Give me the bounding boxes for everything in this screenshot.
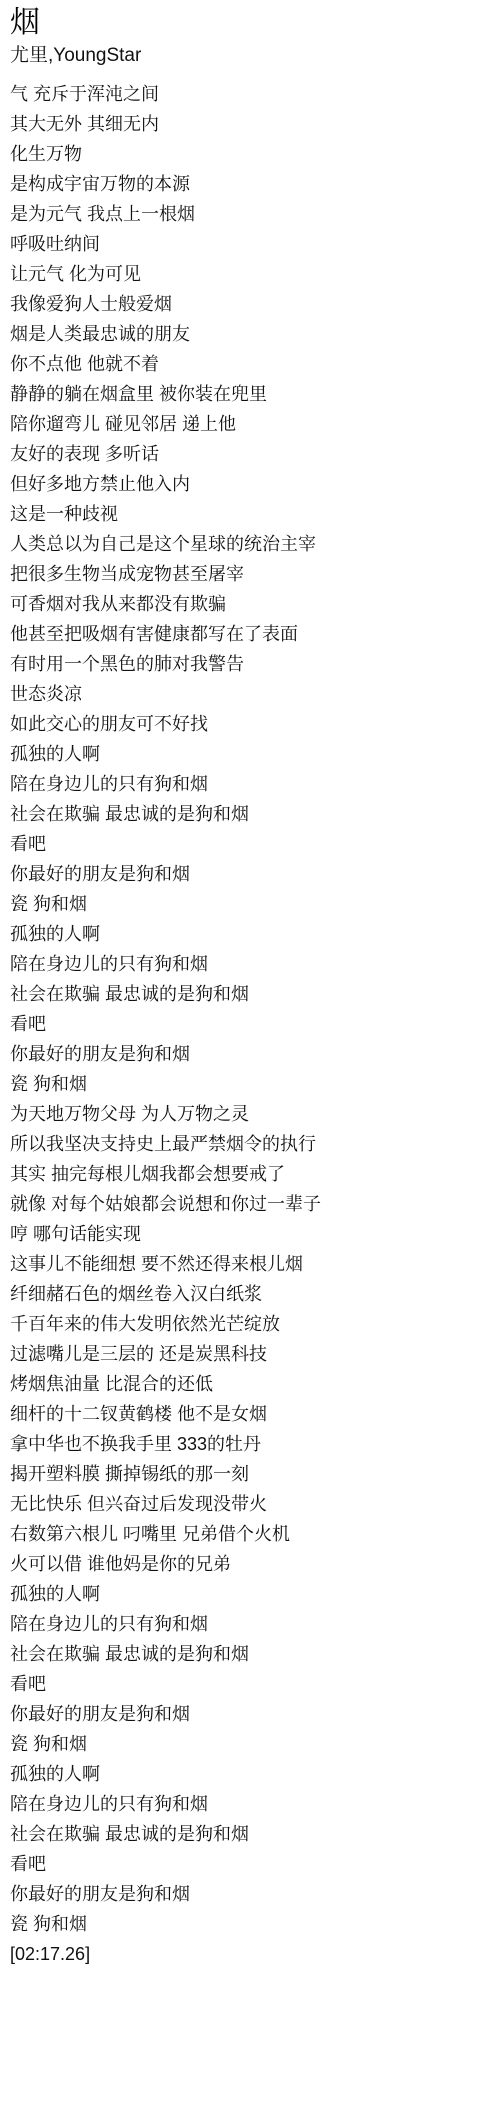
lyric-line: 烤烟焦油量 比混合的还低 [10,1369,490,1399]
lyric-line: 烟是人类最忠诚的朋友 [10,319,490,349]
lyric-line: 陪在身边儿的只有狗和烟 [10,769,490,799]
lyric-line: 揭开塑料膜 撕掉锡纸的那一刻 [10,1459,490,1489]
lyrics-list: 气 充斥于浑沌之间其大无外 其细无内化生万物是构成宇宙万物的本源是为元气 我点上… [10,79,490,1969]
lyric-line: 社会在欺骗 最忠诚的是狗和烟 [10,799,490,829]
lyric-line: 瓷 狗和烟 [10,1069,490,1099]
lyric-line: 孤独的人啊 [10,739,490,769]
lyric-line: 所以我坚决支持史上最严禁烟令的执行 [10,1129,490,1159]
lyric-line: 是构成宇宙万物的本源 [10,169,490,199]
lyric-line: 社会在欺骗 最忠诚的是狗和烟 [10,979,490,1009]
song-title: 烟 [10,4,490,42]
lyric-line: 看吧 [10,1669,490,1699]
lyrics-page: 烟 尤里,YoungStar 气 充斥于浑沌之间其大无外 其细无内化生万物是构成… [0,0,500,1969]
lyric-line: 社会在欺骗 最忠诚的是狗和烟 [10,1639,490,1669]
lyric-line: 右数第六根儿 叼嘴里 兄弟借个火机 [10,1519,490,1549]
lyric-line: 但好多地方禁止他入内 [10,469,490,499]
lyric-line: 人类总以为自己是这个星球的统治主宰 [10,529,490,559]
lyric-line: 气 充斥于浑沌之间 [10,79,490,109]
lyric-line: 是为元气 我点上一根烟 [10,199,490,229]
lyric-line: 你最好的朋友是狗和烟 [10,1879,490,1909]
lyric-line: 静静的躺在烟盒里 被你装在兜里 [10,379,490,409]
lyric-line: 千百年来的伟大发明依然光芒绽放 [10,1309,490,1339]
lyric-line: 无比快乐 但兴奋过后发现没带火 [10,1489,490,1519]
lyric-line: 瓷 狗和烟 [10,889,490,919]
lyric-line: 过滤嘴儿是三层的 还是炭黑科技 [10,1339,490,1369]
lyric-line: 陪你遛弯儿 碰见邻居 递上他 [10,409,490,439]
lyric-line: 你最好的朋友是狗和烟 [10,1039,490,1069]
lyric-line: 火可以借 谁他妈是你的兄弟 [10,1549,490,1579]
lyric-line: 其大无外 其细无内 [10,109,490,139]
lyric-line: 为天地万物父母 为人万物之灵 [10,1099,490,1129]
lyric-line: 让元气 化为可见 [10,259,490,289]
lyric-line: 有时用一个黑色的肺对我警告 [10,649,490,679]
lyric-line: 就像 对每个姑娘都会说想和你过一辈子 [10,1189,490,1219]
lyric-line: 可香烟对我从来都没有欺骗 [10,589,490,619]
lyric-line: 孤独的人啊 [10,919,490,949]
lyric-line: 看吧 [10,1009,490,1039]
lyric-line: 其实 抽完每根儿烟我都会想要戒了 [10,1159,490,1189]
lyric-line: 我像爱狗人士般爱烟 [10,289,490,319]
lyric-line: 拿中华也不换我手里 333的牡丹 [10,1429,490,1459]
lyric-line: 世态炎凉 [10,679,490,709]
lyric-line: 陪在身边儿的只有狗和烟 [10,949,490,979]
lyric-line: 孤独的人啊 [10,1579,490,1609]
lyric-line: 你最好的朋友是狗和烟 [10,859,490,889]
lyric-line: 友好的表现 多听话 [10,439,490,469]
timestamp-line: [02:17.26] [10,1939,490,1969]
lyric-line: 你最好的朋友是狗和烟 [10,1699,490,1729]
song-artist: 尤里,YoungStar [10,42,490,70]
lyric-line: 纤细赭石色的烟丝卷入汉白纸浆 [10,1279,490,1309]
lyric-line: 陪在身边儿的只有狗和烟 [10,1609,490,1639]
lyric-line: 细杆的十二钗黄鹤楼 他不是女烟 [10,1399,490,1429]
lyric-line: 把很多生物当成宠物甚至屠宰 [10,559,490,589]
lyric-line: 社会在欺骗 最忠诚的是狗和烟 [10,1819,490,1849]
lyric-line: 孤独的人啊 [10,1759,490,1789]
lyric-line: 呼吸吐纳间 [10,229,490,259]
lyric-line: 化生万物 [10,139,490,169]
lyric-line: 看吧 [10,829,490,859]
lyric-line: 这是一种歧视 [10,499,490,529]
lyric-line: 瓷 狗和烟 [10,1909,490,1939]
lyric-line: 如此交心的朋友可不好找 [10,709,490,739]
lyric-line: 看吧 [10,1849,490,1879]
lyric-line: 哼 哪句话能实现 [10,1219,490,1249]
lyric-line: 陪在身边儿的只有狗和烟 [10,1789,490,1819]
lyric-line: 他甚至把吸烟有害健康都写在了表面 [10,619,490,649]
lyric-line: 你不点他 他就不着 [10,349,490,379]
lyric-line: 瓷 狗和烟 [10,1729,490,1759]
lyric-line: 这事儿不能细想 要不然还得来根儿烟 [10,1249,490,1279]
